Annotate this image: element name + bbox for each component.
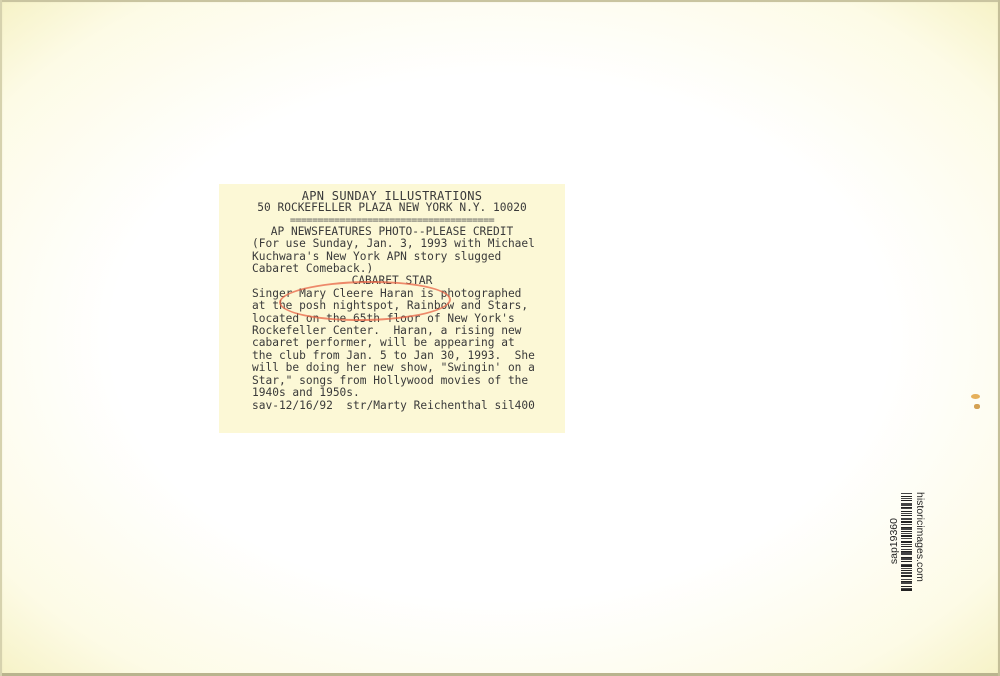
caption-body: cabaret performer, will be appearing at (252, 337, 557, 349)
caption-body: will be doing her new show, "Swingin' on… (252, 362, 557, 374)
paper-edge-left (0, 0, 2, 676)
usage-note: (For use Sunday, Jan. 3, 1993 with Micha… (252, 238, 557, 250)
stain-mark (974, 404, 980, 409)
caption-footer: sav-12/16/92 str/Marty Reichenthal sil40… (252, 400, 557, 412)
watermark-site: historicimages.com (914, 492, 926, 582)
stain-mark (971, 394, 980, 399)
caption-body: 1940s and 1950s. (252, 387, 557, 399)
watermark-code: sap19360 (888, 518, 900, 564)
paper-edge-top (0, 0, 1000, 2)
barcode-icon (901, 493, 912, 593)
agency-address: 50 ROCKEFELLER PLAZA NEW YORK N.Y. 10020 (227, 202, 557, 214)
watermark-barcode-block: historicimages.com sap19360 (888, 490, 938, 595)
